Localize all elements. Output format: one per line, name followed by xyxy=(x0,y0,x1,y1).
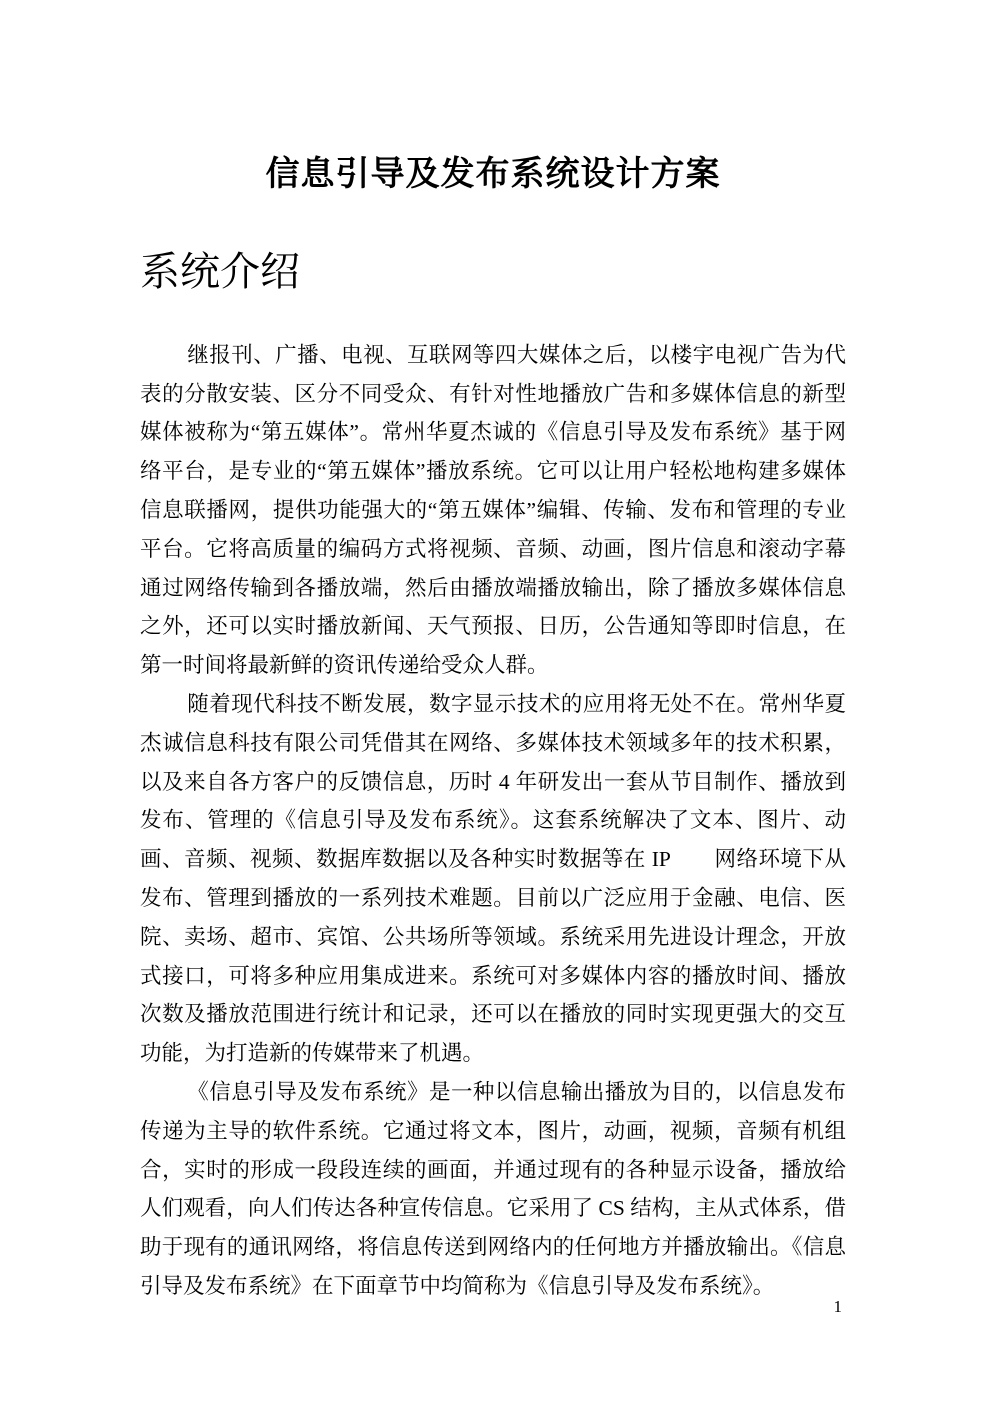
section-heading: 系统介绍 xyxy=(140,248,846,296)
paragraph-2: 随着现代科技不断发展，数字显示技术的应用将无处不在。常州华夏杰诚信息科技有限公司… xyxy=(140,685,846,1073)
document-title: 信息引导及发布系统设计方案 xyxy=(140,155,846,196)
paragraph-3: 《信息引导及发布系统》是一种以信息输出播放为目的，以信息发布传递为主导的软件系统… xyxy=(140,1073,846,1306)
document-content: 信息引导及发布系统设计方案 系统介绍 继报刊、广播、电视、互联网等四大媒体之后，… xyxy=(140,0,846,1306)
document-page: 信息引导及发布系统设计方案 系统介绍 继报刊、广播、电视、互联网等四大媒体之后，… xyxy=(0,0,993,1404)
document-body: 继报刊、广播、电视、互联网等四大媒体之后，以楼宇电视广告为代表的分散安装、区分不… xyxy=(140,336,846,1306)
page-number: 1 xyxy=(834,1297,843,1317)
paragraph-1: 继报刊、广播、电视、互联网等四大媒体之后，以楼宇电视广告为代表的分散安装、区分不… xyxy=(140,336,846,685)
